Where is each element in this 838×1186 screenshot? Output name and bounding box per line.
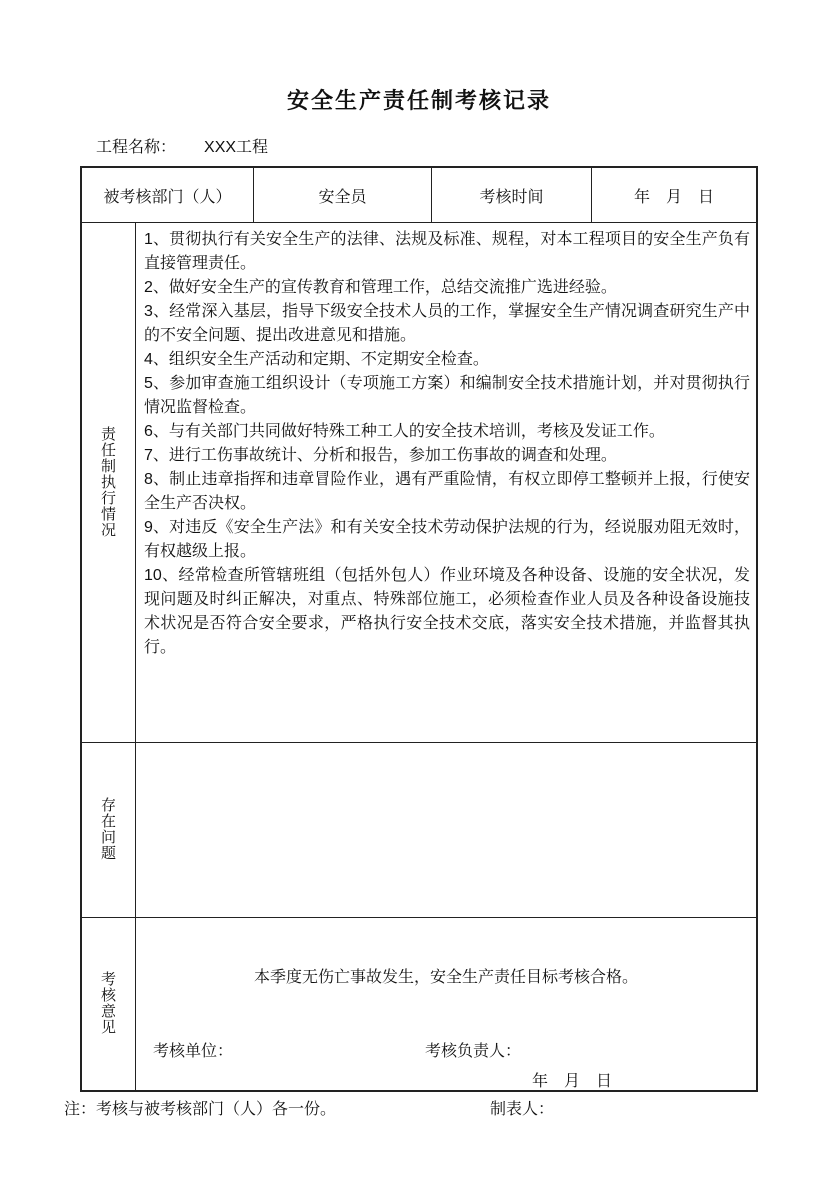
duty-label: 责任制执行情况 (101, 427, 117, 539)
opinion-content-cell: 本季度无伤亡事故发生，安全生产责任目标考核合格。 考核单位： 考核负责人： 年 … (136, 918, 756, 1090)
assess-date-line: 年 月 日 (532, 1068, 612, 1091)
project-name-value: XXX工程 (204, 134, 268, 157)
duty-item: 9、对违反《安全生产法》和有关安全技术劳动保护法规的行为，经说服劝阻无效时，有权… (144, 516, 750, 564)
duty-item: 5、参加审查施工组织设计（专项施工方案）和编制安全技术措施计划，并对贯彻执行情况… (144, 372, 750, 420)
problems-row: 存在问题 (82, 743, 756, 918)
table-header-row: 被考核部门（人） 安全员 考核时间 年 月 日 (82, 168, 756, 223)
duty-content-cell: 1、贯彻执行有关安全生产的法律、法规及标准、规程，对本工程项目的安全生产负有直接… (136, 223, 756, 742)
header-assess-time-label: 考核时间 (432, 168, 592, 222)
duty-label-cell: 责任制执行情况 (82, 223, 136, 742)
opinion-label: 考核意见 (101, 972, 117, 1036)
footer-note: 注：考核与被考核部门（人）各一份。 (64, 1096, 336, 1119)
assess-manager-label: 考核负责人： (425, 1038, 521, 1061)
project-name-line: 工程名称： XXX工程 (96, 134, 268, 157)
duty-item: 1、贯彻执行有关安全生产的法律、法规及标准、规程，对本工程项目的安全生产负有直接… (144, 228, 750, 276)
problems-label: 存在问题 (101, 798, 117, 862)
duty-row: 责任制执行情况 1、贯彻执行有关安全生产的法律、法规及标准、规程，对本工程项目的… (82, 223, 756, 743)
preparer-label: 制表人： (490, 1096, 554, 1119)
opinion-label-cell: 考核意见 (82, 918, 136, 1090)
assess-unit-label: 考核单位： (153, 1038, 233, 1061)
opinion-text: 本季度无伤亡事故发生，安全生产责任目标考核合格。 (136, 964, 756, 987)
problems-label-cell: 存在问题 (82, 743, 136, 917)
header-assessed-dept-label: 被考核部门（人） (82, 168, 254, 222)
duty-item: 8、制止违章指挥和违章冒险作业，遇有严重险情，有权立即停工整顿并上报，行使安全生… (144, 468, 750, 516)
opinion-row: 考核意见 本季度无伤亡事故发生，安全生产责任目标考核合格。 考核单位： 考核负责… (82, 918, 756, 1090)
assessment-table: 被考核部门（人） 安全员 考核时间 年 月 日 责任制执行情况 1、贯彻执行有关… (80, 166, 758, 1092)
page-title: 安全生产责任制考核记录 (0, 84, 838, 115)
duty-item: 4、组织安全生产活动和定期、不定期安全检查。 (144, 348, 750, 372)
header-assessed-dept-value: 安全员 (254, 168, 432, 222)
document-page: 安全生产责任制考核记录 工程名称： XXX工程 被考核部门（人） 安全员 考核时… (0, 0, 838, 1186)
duty-item: 10、经常检查所管辖班组（包括外包人）作业环境及各种设备、设施的安全状况，发现问… (144, 564, 750, 660)
duty-item: 7、进行工伤事故统计、分析和报告，参加工伤事故的调查和处理。 (144, 444, 750, 468)
header-assess-date-value: 年 月 日 (592, 168, 756, 222)
footer-line: 注：考核与被考核部门（人）各一份。 制表人： (0, 1096, 838, 1118)
duty-item: 3、经常深入基层，指导下级安全技术人员的工作，掌握安全生产情况调查研究生产中的不… (144, 300, 750, 348)
project-name-label: 工程名称： (96, 134, 176, 157)
duty-item: 6、与有关部门共同做好特殊工种工人的安全技术培训，考核及发证工作。 (144, 420, 750, 444)
duty-item: 2、做好安全生产的宣传教育和管理工作，总结交流推广选进经验。 (144, 276, 750, 300)
problems-content-cell (136, 743, 756, 917)
